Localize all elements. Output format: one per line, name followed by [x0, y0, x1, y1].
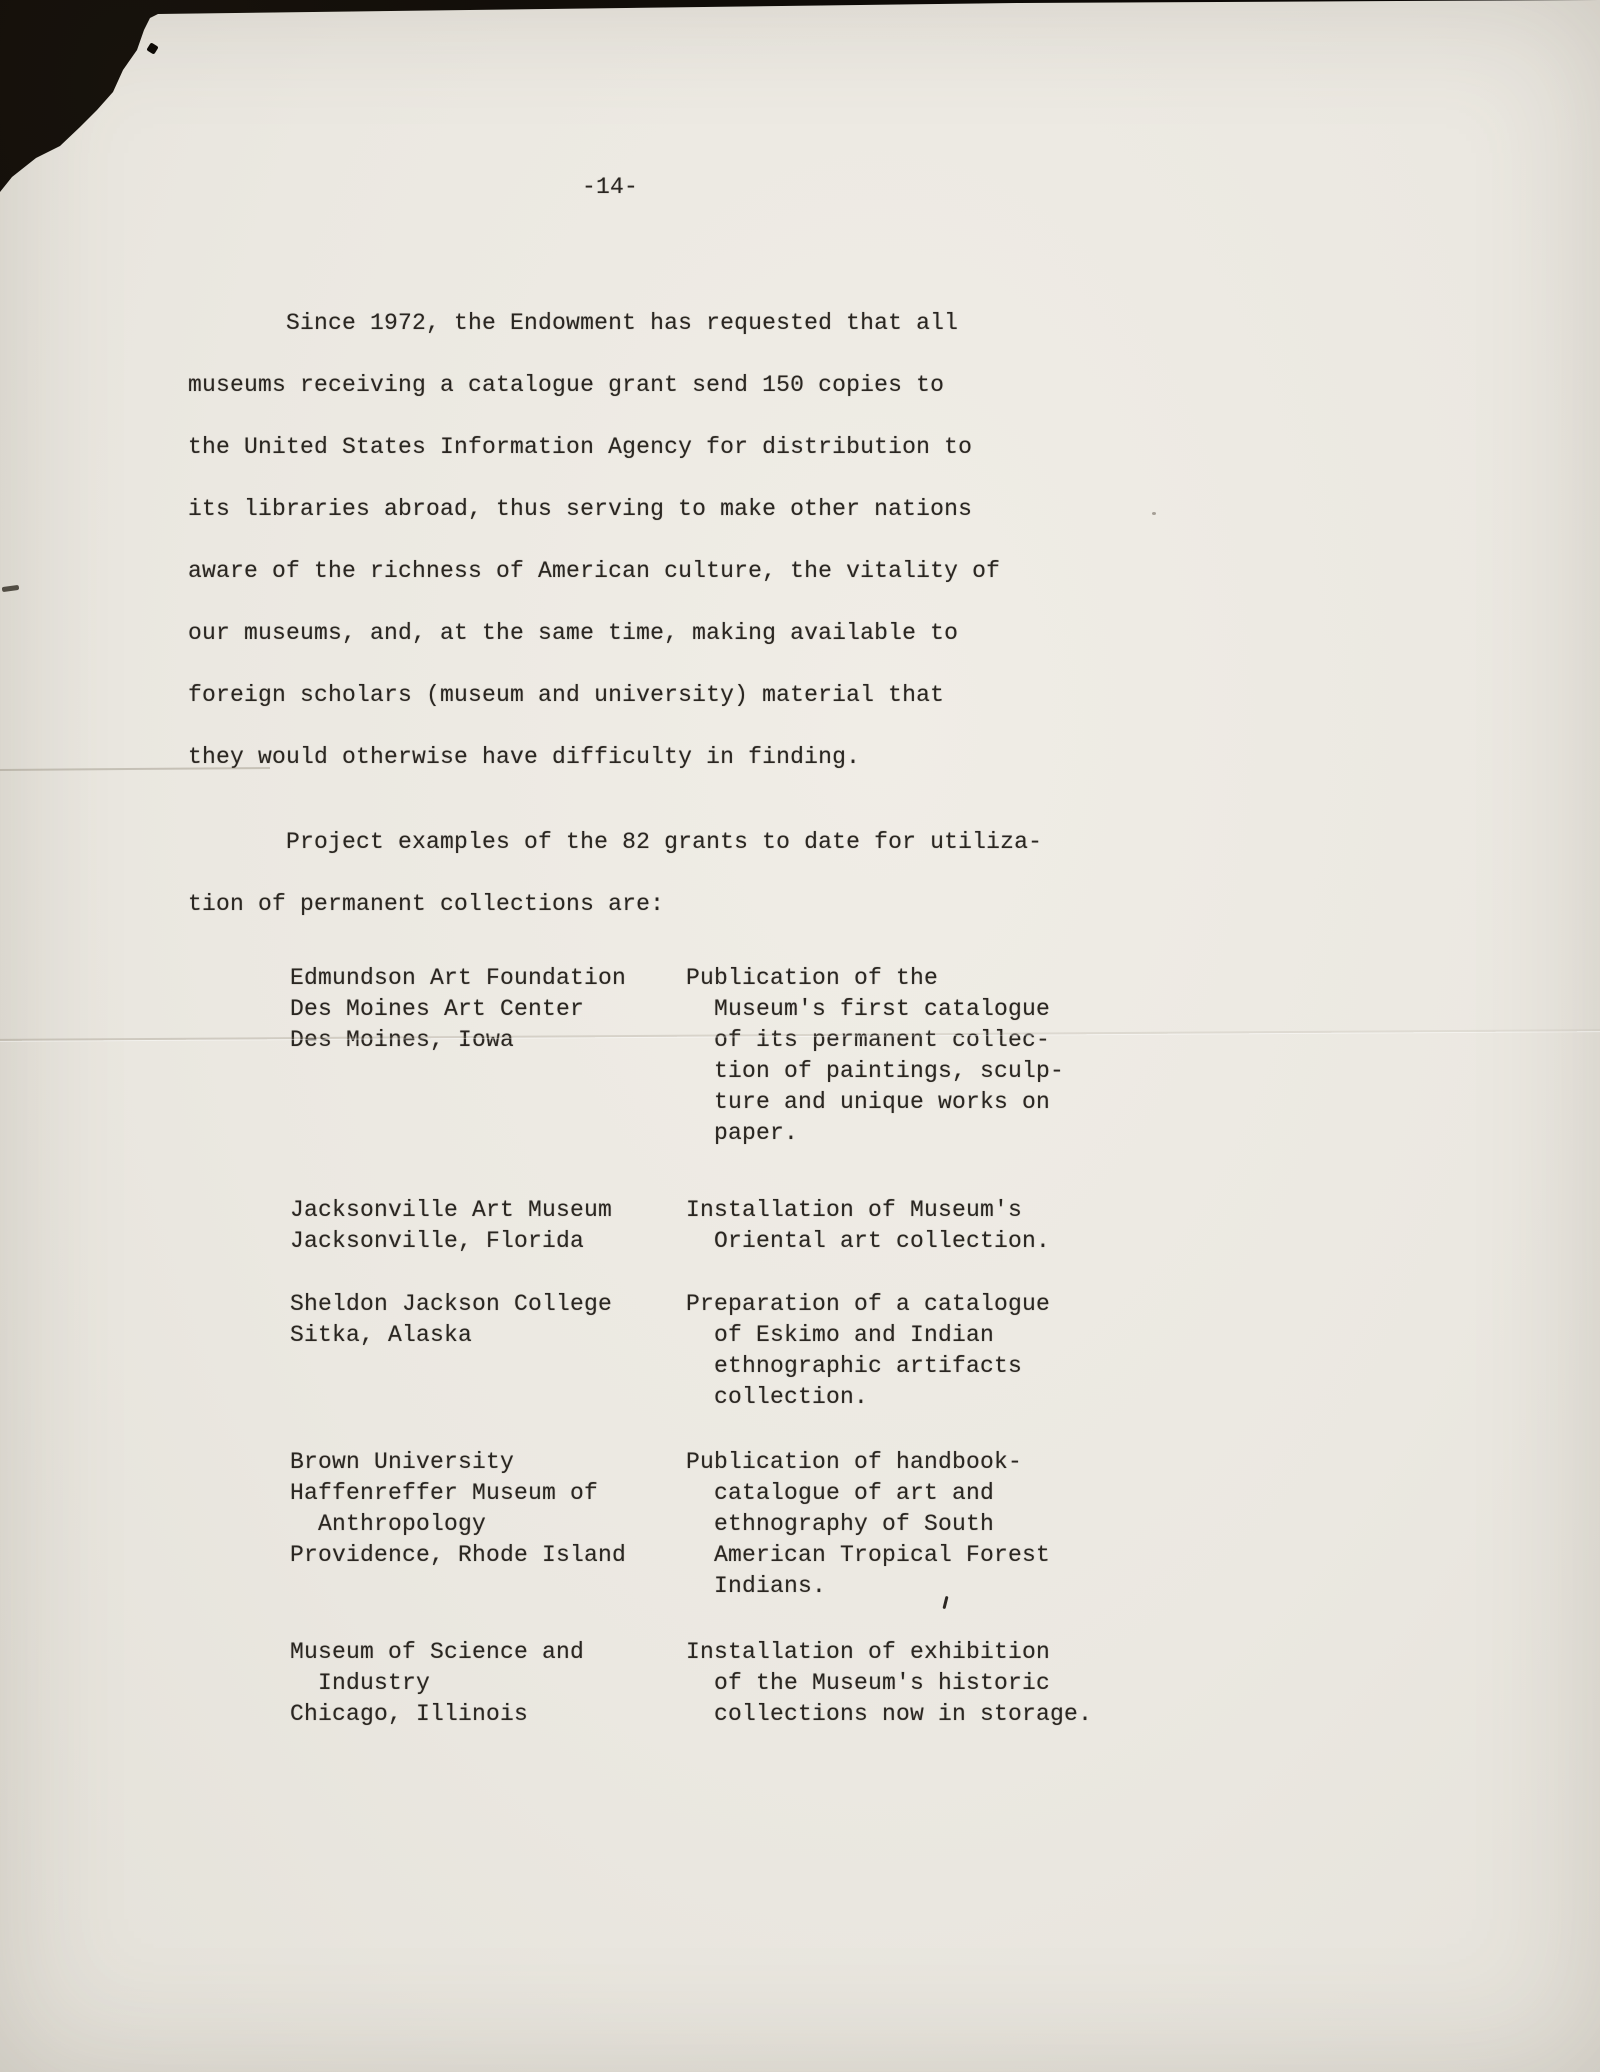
grant-institution-1: Edmundson Art Foundation Des Moines Art … — [290, 963, 626, 1056]
paper-sheet: -14- Since 1972, the Endowment has reque… — [0, 0, 1600, 2072]
grant-project-2: Installation of Museum's Oriental art co… — [686, 1195, 1050, 1257]
page-number: -14- — [582, 172, 638, 203]
grant-project-3: Preparation of a catalogue of Eskimo and… — [686, 1289, 1050, 1413]
paragraph-project-examples: Project examples of the 82 grants to dat… — [188, 811, 1042, 935]
paper-blemish-dot — [1152, 512, 1156, 515]
grant-project-1: Publication of the Museum's first catalo… — [686, 963, 1064, 1149]
grant-institution-4: Brown University Haffenreffer Museum of … — [290, 1447, 626, 1571]
paragraph-intro: Since 1972, the Endowment has requested … — [188, 292, 1000, 788]
grant-institution-3: Sheldon Jackson College Sitka, Alaska — [290, 1289, 612, 1351]
margin-pen-mark — [2, 585, 20, 592]
grant-institution-2: Jacksonville Art Museum Jacksonville, Fl… — [290, 1195, 612, 1257]
grant-institution-5: Museum of Science and Industry Chicago, … — [290, 1637, 584, 1730]
grant-project-4: Publication of handbook- catalogue of ar… — [686, 1447, 1050, 1602]
torn-corner-speck — [146, 42, 158, 54]
grant-project-5: Installation of exhibition of the Museum… — [686, 1637, 1092, 1730]
